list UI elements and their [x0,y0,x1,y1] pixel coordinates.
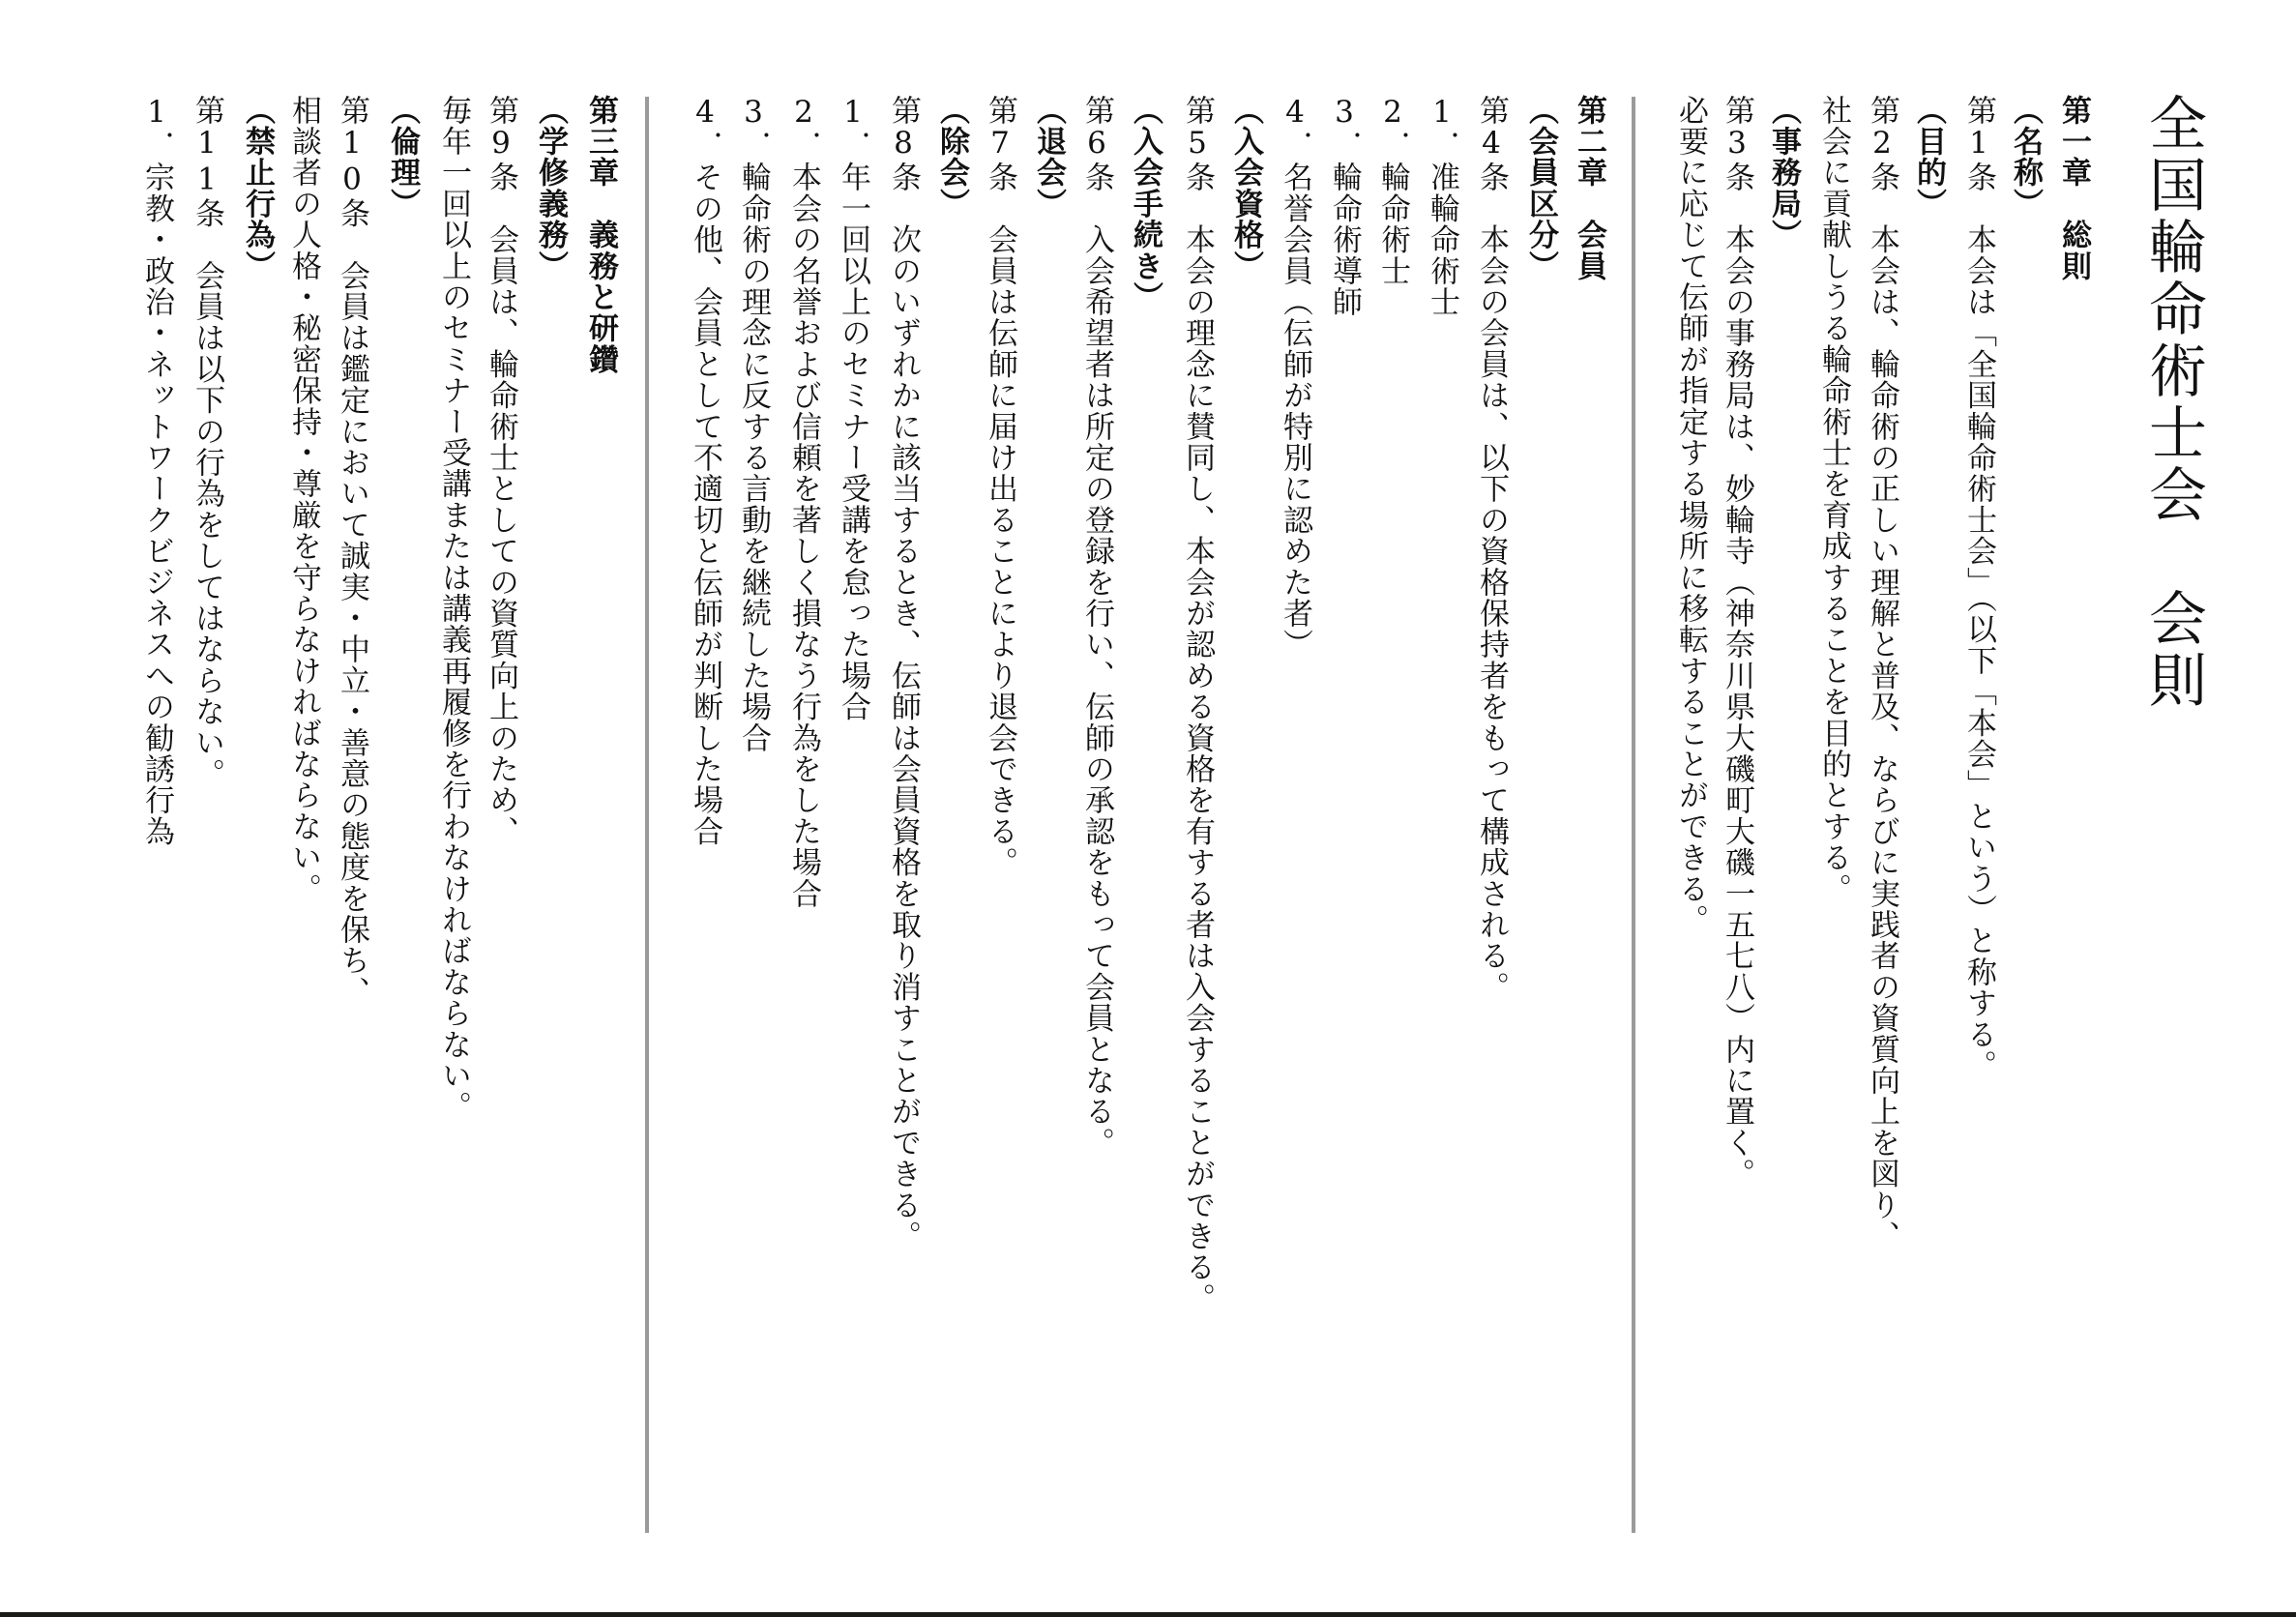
article-text: 第11条 会員は以下の行為をしてはならない。 [186,95,228,789]
article-caption: （禁止行為） [236,95,279,281]
article-text: 第10条 会員は鑑定において誠実・中立・善意の態度を保ち、 [331,95,373,1008]
article-caption: （倫理） [381,95,424,220]
chapter-heading: 第二章 会員 [1568,95,1610,281]
article-text: 2．輪命術士 [1371,95,1414,286]
article-text: 3．輪命術の理念に反する言動を継続した場合 [732,95,775,753]
article-caption: （事務局） [1762,95,1805,250]
article-caption: （学修義務） [529,95,572,281]
article-caption: （入会資格） [1224,95,1267,281]
chapter-heading: 第三章 義務と研鑽 [579,95,622,375]
article-text: 第1条 本会は「全国輪命術士会」（以下「本会」という）と称する。 [1957,95,2000,1081]
article-text: 第9条 会員は、輪命術士としての資質向上のため、 [480,95,522,847]
article-caption: （会員区分） [1519,95,1562,281]
column-divider-2 [645,97,649,1533]
article-text: 4．その他、会員として不適切と伝師が判断した場合 [684,95,726,847]
article-text: 1．年一回以上のセミナー受講を怠った場合 [832,95,874,722]
article-text: 相談者の人格・秘密保持・尊厳を守らなければならない。 [282,95,325,904]
article-text: 3．輪命術導師 [1323,95,1366,317]
article-text: 第6条 入会希望者は所定の登録を行い、伝師の承認をもって会員となる。 [1075,95,1118,1159]
article-text: 第5条 本会の理念に賛同し、本会が認める資格を有する者は入会することができる。 [1176,95,1219,1314]
article-text: 第2条 本会は、輪命術の正しい理解と普及、ならびに実践者の資質向上を図り、 [1861,95,1903,1251]
article-caption: （名称） [2004,95,2046,220]
article-text: 社会に貢献しうる輪命術士を育成することを目的とする。 [1812,95,1855,904]
article-text: 第7条 会員は伝師に届け出ることにより退会できる。 [979,95,1021,878]
article-caption: （入会手続き） [1124,95,1166,312]
article-text: 4．名誉会員（伝師が特別に認めた者） [1274,95,1316,661]
article-text: 第3条 本会の事務局は、妙輪寺（神奈川県大磯町大磯一五七八）内に置く。 [1716,95,1758,1190]
article-text: 2．本会の名誉および信頼を著しく損なう行為をした場合 [782,95,825,909]
article-caption: （除会） [930,95,973,220]
article-text: 毎年一回以上のセミナー受講または講義再履修を行わなければならない。 [432,95,475,1123]
article-caption: （目的） [1907,95,1950,220]
article-text: 1．宗教・政治・ネットワークビジネスへの勧誘行為 [135,95,178,847]
chapter-heading: 第一章 総則 [2052,95,2095,281]
article-text: 1．准輪命術士 [1421,95,1463,317]
article-caption: （退会） [1027,95,1070,220]
document-title: 全国輪命術士会 会則 [2139,93,2207,712]
column-divider-1 [1632,97,1635,1533]
article-text: 第4条 本会の会員は、以下の資格保持者をもって構成される。 [1470,95,1513,1003]
screen-bottom-edge [0,1612,2296,1617]
article-text: 第8条 次のいずれかに該当するとき、伝師は会員資格を取り消すことができる。 [882,95,925,1251]
article-text: 必要に応じて伝師が指定する場所に移転することができる。 [1669,95,1712,935]
